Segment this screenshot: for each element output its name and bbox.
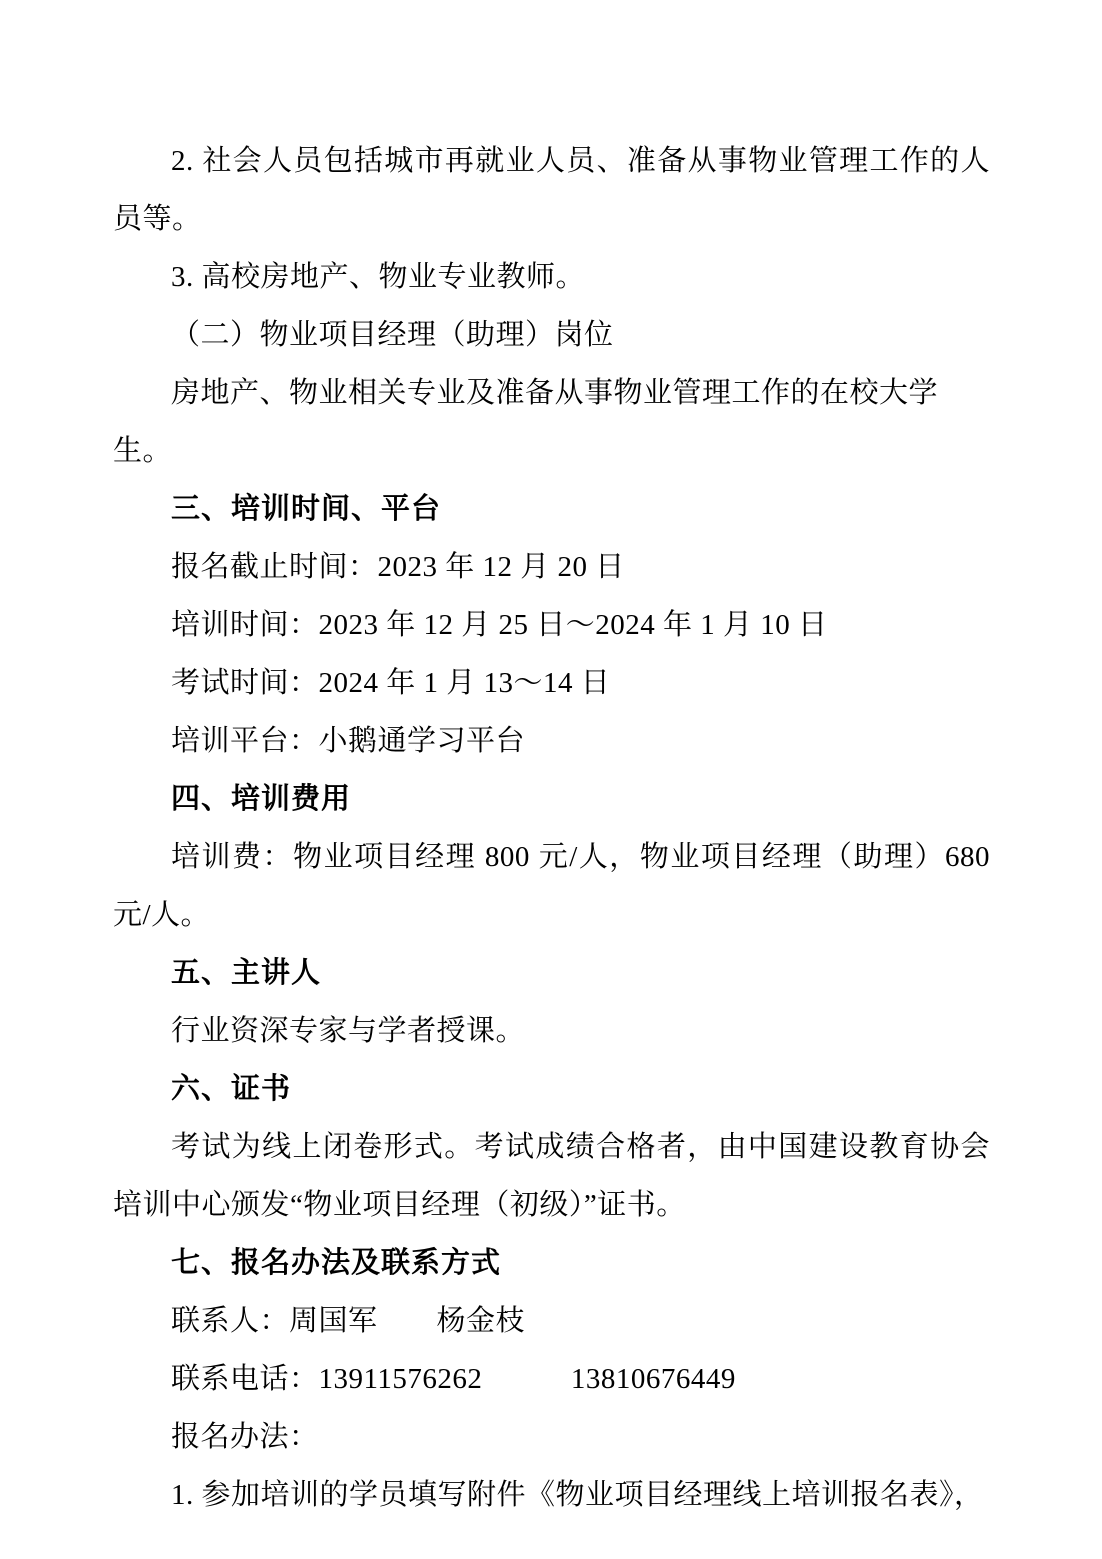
section-heading: 四、培训费用	[113, 770, 990, 828]
section-heading: 七、报名办法及联系方式	[113, 1234, 990, 1292]
text-line: 行业资深专家与学者授课。	[113, 1002, 990, 1060]
paragraph: 报名截止时间：2023 年 12 月 20 日	[113, 538, 990, 596]
text-line: 元/人。	[113, 886, 990, 944]
text-line: 联系电话：13911576262 13810676449	[113, 1350, 990, 1408]
paragraph: 报名办法：	[113, 1408, 990, 1466]
text-line: 考试为线上闭卷形式。考试成绩合格者，由中国建设教育协会	[113, 1118, 990, 1176]
text-line: 2. 社会人员包括城市再就业人员、准备从事物业管理工作的人	[113, 132, 990, 190]
text-line: 四、培训费用	[113, 770, 990, 828]
document-page: 2. 社会人员包括城市再就业人员、准备从事物业管理工作的人员等。3. 高校房地产…	[0, 0, 1102, 1559]
text-line: 培训中心颁发“物业项目经理（初级）”证书。	[113, 1176, 990, 1234]
text-line: 培训费：物业项目经理 800 元/人，物业项目经理（助理）680	[113, 828, 990, 886]
text-line: 考试时间：2024 年 1 月 13～14 日	[113, 654, 990, 712]
paragraph: 联系人：周国军 杨金枝	[113, 1292, 990, 1350]
text-line: 三、培训时间、平台	[113, 480, 990, 538]
text-line: （二）物业项目经理（助理）岗位	[113, 306, 990, 364]
text-line: 联系人：周国军 杨金枝	[113, 1292, 990, 1350]
text-line: 培训平台：小鹅通学习平台	[113, 712, 990, 770]
text-line: 七、报名办法及联系方式	[113, 1234, 990, 1292]
text-line: 员等。	[113, 190, 990, 248]
text-line: 报名办法：	[113, 1408, 990, 1466]
text-line: 1. 参加培训的学员填写附件《物业项目经理线上培训报名表》，	[113, 1466, 990, 1524]
paragraph: 2. 社会人员包括城市再就业人员、准备从事物业管理工作的人员等。	[113, 132, 990, 248]
section-heading: 六、证书	[113, 1060, 990, 1118]
paragraph: 3. 高校房地产、物业专业教师。	[113, 248, 990, 306]
paragraph: 培训费：物业项目经理 800 元/人，物业项目经理（助理）680元/人。	[113, 828, 990, 944]
paragraph: 房地产、物业相关专业及准备从事物业管理工作的在校大学生。	[113, 364, 990, 480]
section-heading: 五、主讲人	[113, 944, 990, 1002]
paragraph: 1. 参加培训的学员填写附件《物业项目经理线上培训报名表》，	[113, 1466, 990, 1524]
paragraph: 培训时间：2023 年 12 月 25 日～2024 年 1 月 10 日	[113, 596, 990, 654]
text-line: 六、证书	[113, 1060, 990, 1118]
text-line: 房地产、物业相关专业及准备从事物业管理工作的在校大学生。	[113, 364, 990, 480]
paragraph: 行业资深专家与学者授课。	[113, 1002, 990, 1060]
text-line: 五、主讲人	[113, 944, 990, 1002]
paragraph: 考试为线上闭卷形式。考试成绩合格者，由中国建设教育协会培训中心颁发“物业项目经理…	[113, 1118, 990, 1234]
section-heading: 三、培训时间、平台	[113, 480, 990, 538]
text-line: 报名截止时间：2023 年 12 月 20 日	[113, 538, 990, 596]
paragraph: 培训平台：小鹅通学习平台	[113, 712, 990, 770]
text-line: 培训时间：2023 年 12 月 25 日～2024 年 1 月 10 日	[113, 596, 990, 654]
paragraph: （二）物业项目经理（助理）岗位	[113, 306, 990, 364]
paragraph: 联系电话：13911576262 13810676449	[113, 1350, 990, 1408]
paragraph: 考试时间：2024 年 1 月 13～14 日	[113, 654, 990, 712]
text-line: 3. 高校房地产、物业专业教师。	[113, 248, 990, 306]
